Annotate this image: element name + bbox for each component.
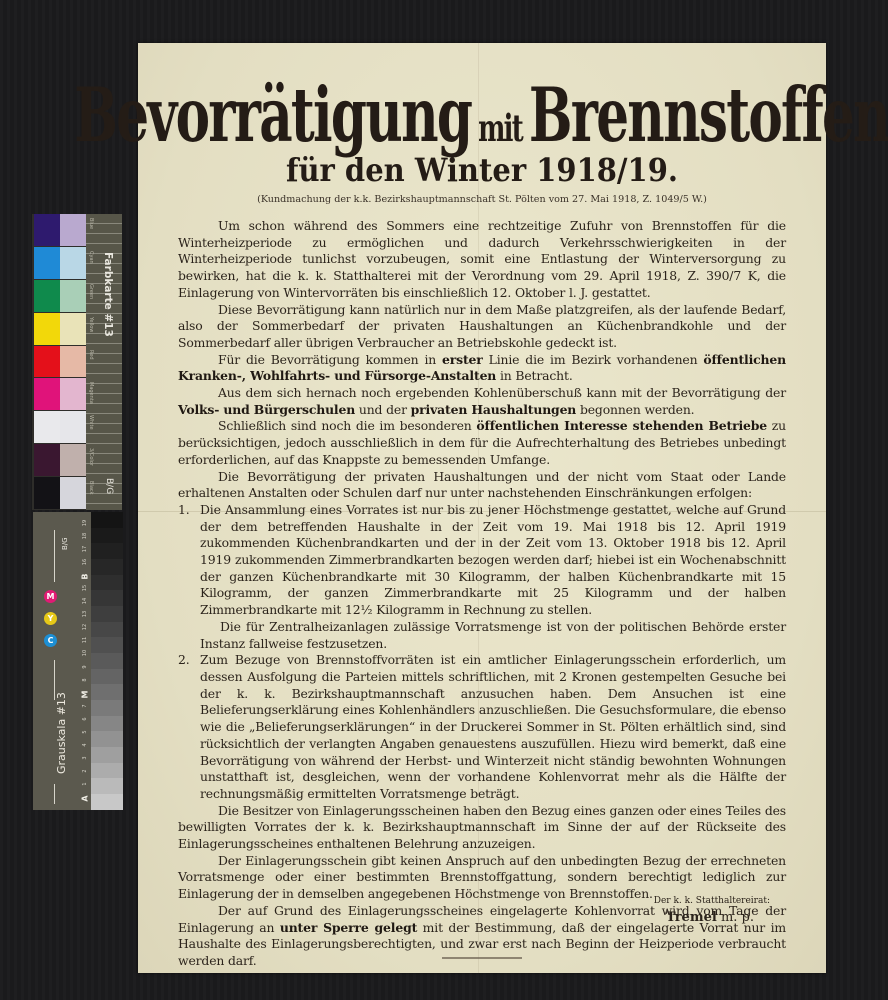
grey-step	[91, 653, 123, 669]
grey-step	[91, 606, 123, 622]
grey-scale-mark: 10	[82, 647, 88, 659]
emphasis: privaten Haushaltungen	[411, 402, 577, 417]
text: in Betracht.	[496, 368, 572, 383]
grey-scale-mark: 9	[82, 661, 88, 673]
grey-scale-mark: 2	[82, 765, 88, 777]
grey-step	[91, 684, 123, 700]
title-word-mit: mit	[478, 107, 522, 151]
signature-name: Tremel	[666, 910, 717, 925]
poster-document: Bevorrätigung mit Brennstoffen für den W…	[138, 43, 826, 973]
grey-scale-mark: 15	[82, 582, 88, 594]
grey-step	[91, 559, 123, 575]
grey-card-rule-top	[54, 530, 55, 582]
grey-step	[91, 622, 123, 638]
poster-body: Um schon während des Sommers eine rechtz…	[178, 215, 786, 970]
swatch-white-tint	[60, 411, 86, 443]
text: Aus dem sich hernach noch ergebenden Koh…	[218, 385, 786, 400]
list-item-text: Zum Bezuge von Brennstoffvorräten ist ei…	[200, 652, 786, 802]
magenta-dot-icon: M	[44, 590, 57, 603]
grey-scale-mark: 14	[82, 595, 88, 607]
emphasis: erster	[442, 352, 483, 367]
swatch-red-tint	[60, 346, 86, 378]
printer-imprint	[138, 955, 826, 960]
swatch-yellow-solid	[34, 313, 60, 345]
swatch-cyan-tint	[60, 247, 86, 279]
paragraph-1: Um schon während des Sommers eine rechtz…	[178, 218, 786, 302]
grey-step	[91, 528, 123, 544]
swatch-3color-tint	[60, 444, 86, 476]
grey-scale-mark: 7	[82, 700, 88, 712]
grey-scale-mark: 18	[82, 530, 88, 542]
title-word-bevorratigung: Bevorrätigung	[75, 72, 472, 160]
paragraph-6: Die Bevorrätigung der privaten Haushaltu…	[178, 469, 786, 502]
color-card-brand: B/G	[104, 478, 114, 494]
swatch-magenta-tint	[60, 378, 86, 410]
grey-scale-mark: A	[81, 793, 90, 805]
swatch-label: Blue	[88, 218, 94, 229]
grey-step	[91, 575, 123, 591]
list-number: 1.	[178, 502, 200, 652]
cyan-dot-icon: C	[44, 634, 57, 647]
title-word-brennstoffen: Brennstoffen	[529, 72, 888, 160]
paragraph-2: Diese Bevorrätigung kann natürlich nur i…	[178, 302, 786, 352]
grey-step	[91, 763, 123, 779]
swatch-white-solid	[34, 411, 60, 443]
grey-scale-mark: 19	[82, 517, 88, 529]
signature-block: Der k. k. Statthaltereirat: Tremel m. p.	[654, 896, 770, 925]
paragraph-4: Aus dem sich hernach noch ergebenden Koh…	[178, 385, 786, 418]
grey-scale-card: B/G M Y C Grauskala #13 A1234567M8910111…	[33, 512, 123, 810]
grey-scale-mark: 6	[82, 713, 88, 725]
grey-scale-steps	[91, 512, 123, 810]
grey-scale-mark: 5	[82, 726, 88, 738]
paragraph-3: Für die Bevorrätigung kommen in erster L…	[178, 352, 786, 385]
emphasis: öffentlichen Interesse stehenden Betrieb…	[476, 418, 767, 433]
swatch-black-tint	[60, 477, 86, 509]
grey-card-title: Grauskala #13	[55, 692, 68, 774]
grey-scale-mark: 12	[82, 621, 88, 633]
grey-step	[91, 794, 123, 810]
grey-step	[91, 543, 123, 559]
text: begonnen werden.	[576, 402, 694, 417]
color-calibration-card: Farbkarte #13 B/G BlueCyanGreenYellowRed…	[32, 214, 122, 510]
grey-scale-mark: 4	[82, 739, 88, 751]
signature-name-line: Tremel m. p.	[654, 910, 754, 925]
text: Linie die im Bezirk vorhandenen	[483, 352, 704, 367]
grey-card-brand: B/G	[61, 537, 69, 550]
grey-scale-mark: 1	[82, 778, 88, 790]
grey-scale-mark: M	[81, 688, 90, 700]
swatch-label: White	[88, 415, 94, 430]
grey-step	[91, 700, 123, 716]
color-card-title: Farbkarte #13	[102, 252, 114, 337]
swatch-green-solid	[34, 280, 60, 312]
list-number: 2.	[178, 652, 200, 802]
list-item-subparagraph: Die für Zentralheizanlagen zulässige Vor…	[200, 619, 786, 652]
swatch-label: Magenta	[88, 382, 94, 404]
grey-scale-mark: 13	[82, 608, 88, 620]
grey-scale-mark: 8	[82, 674, 88, 686]
swatch-cyan-solid	[34, 247, 60, 279]
grey-scale-mark: 3	[82, 752, 88, 764]
list-item-text: Die Ansammlung eines Vorrates ist nur bi…	[200, 502, 786, 619]
swatch-green-tint	[60, 280, 86, 312]
paragraph-5: Schließlich sind noch die im besonderen …	[178, 418, 786, 468]
grey-step	[91, 669, 123, 685]
decree-reference: (Kundmachung der k.k. Bezirkshauptmannsc…	[138, 194, 826, 205]
grey-step	[91, 747, 123, 763]
grey-scale-mark: B	[81, 570, 90, 582]
swatch-red-solid	[34, 346, 60, 378]
list-item-1: 1. Die Ansammlung eines Vorrates ist nur…	[178, 502, 786, 652]
yellow-dot-icon: Y	[44, 612, 57, 625]
grey-step	[91, 716, 123, 732]
swatch-3color-solid	[34, 444, 60, 476]
swatch-label: Black	[88, 481, 94, 495]
grey-scale-marks: A1234567M89101112131415B16171819	[79, 518, 91, 806]
grey-step	[91, 590, 123, 606]
text: Für die Bevorrätigung kommen in	[218, 352, 442, 367]
grey-step	[91, 778, 123, 794]
swatch-yellow-tint	[60, 313, 86, 345]
text: und der	[355, 402, 411, 417]
signature-suffix: m. p.	[721, 910, 754, 925]
text: Schließlich sind noch die im besonderen	[218, 418, 476, 433]
swatch-label: Yellow	[88, 317, 94, 332]
grey-scale-mark: 11	[82, 634, 88, 646]
grey-scale-mark: 17	[82, 543, 88, 555]
list-item-2: 2. Zum Bezuge von Brennstoffvorräten ist…	[178, 652, 786, 802]
swatch-label: Green	[88, 284, 94, 299]
emphasis: unter Sperre gelegt	[280, 920, 417, 935]
poster-title: Bevorrätigung mit Brennstoffen	[138, 71, 826, 161]
emphasis: Volks- und Bürgerschulen	[178, 402, 355, 417]
signature-role: Der k. k. Statthaltereirat:	[654, 896, 770, 906]
swatch-label: Cyan	[88, 251, 94, 264]
swatch-blue-solid	[34, 214, 60, 246]
swatch-black-solid	[34, 477, 60, 509]
poster-subtitle: für den Winter 1918/19.	[138, 152, 826, 189]
grey-scale-mark: 16	[82, 556, 88, 568]
swatch-label: 3/Color	[88, 448, 94, 466]
grey-card-rule-bottom	[54, 784, 55, 804]
grey-step	[91, 637, 123, 653]
swatch-magenta-solid	[34, 378, 60, 410]
paragraph-7: Die Besitzer von Einlagerungsscheinen ha…	[178, 803, 786, 853]
swatch-label: Red	[88, 350, 94, 360]
grey-step	[91, 731, 123, 747]
grey-step	[91, 512, 123, 528]
swatch-blue-tint	[60, 214, 86, 246]
